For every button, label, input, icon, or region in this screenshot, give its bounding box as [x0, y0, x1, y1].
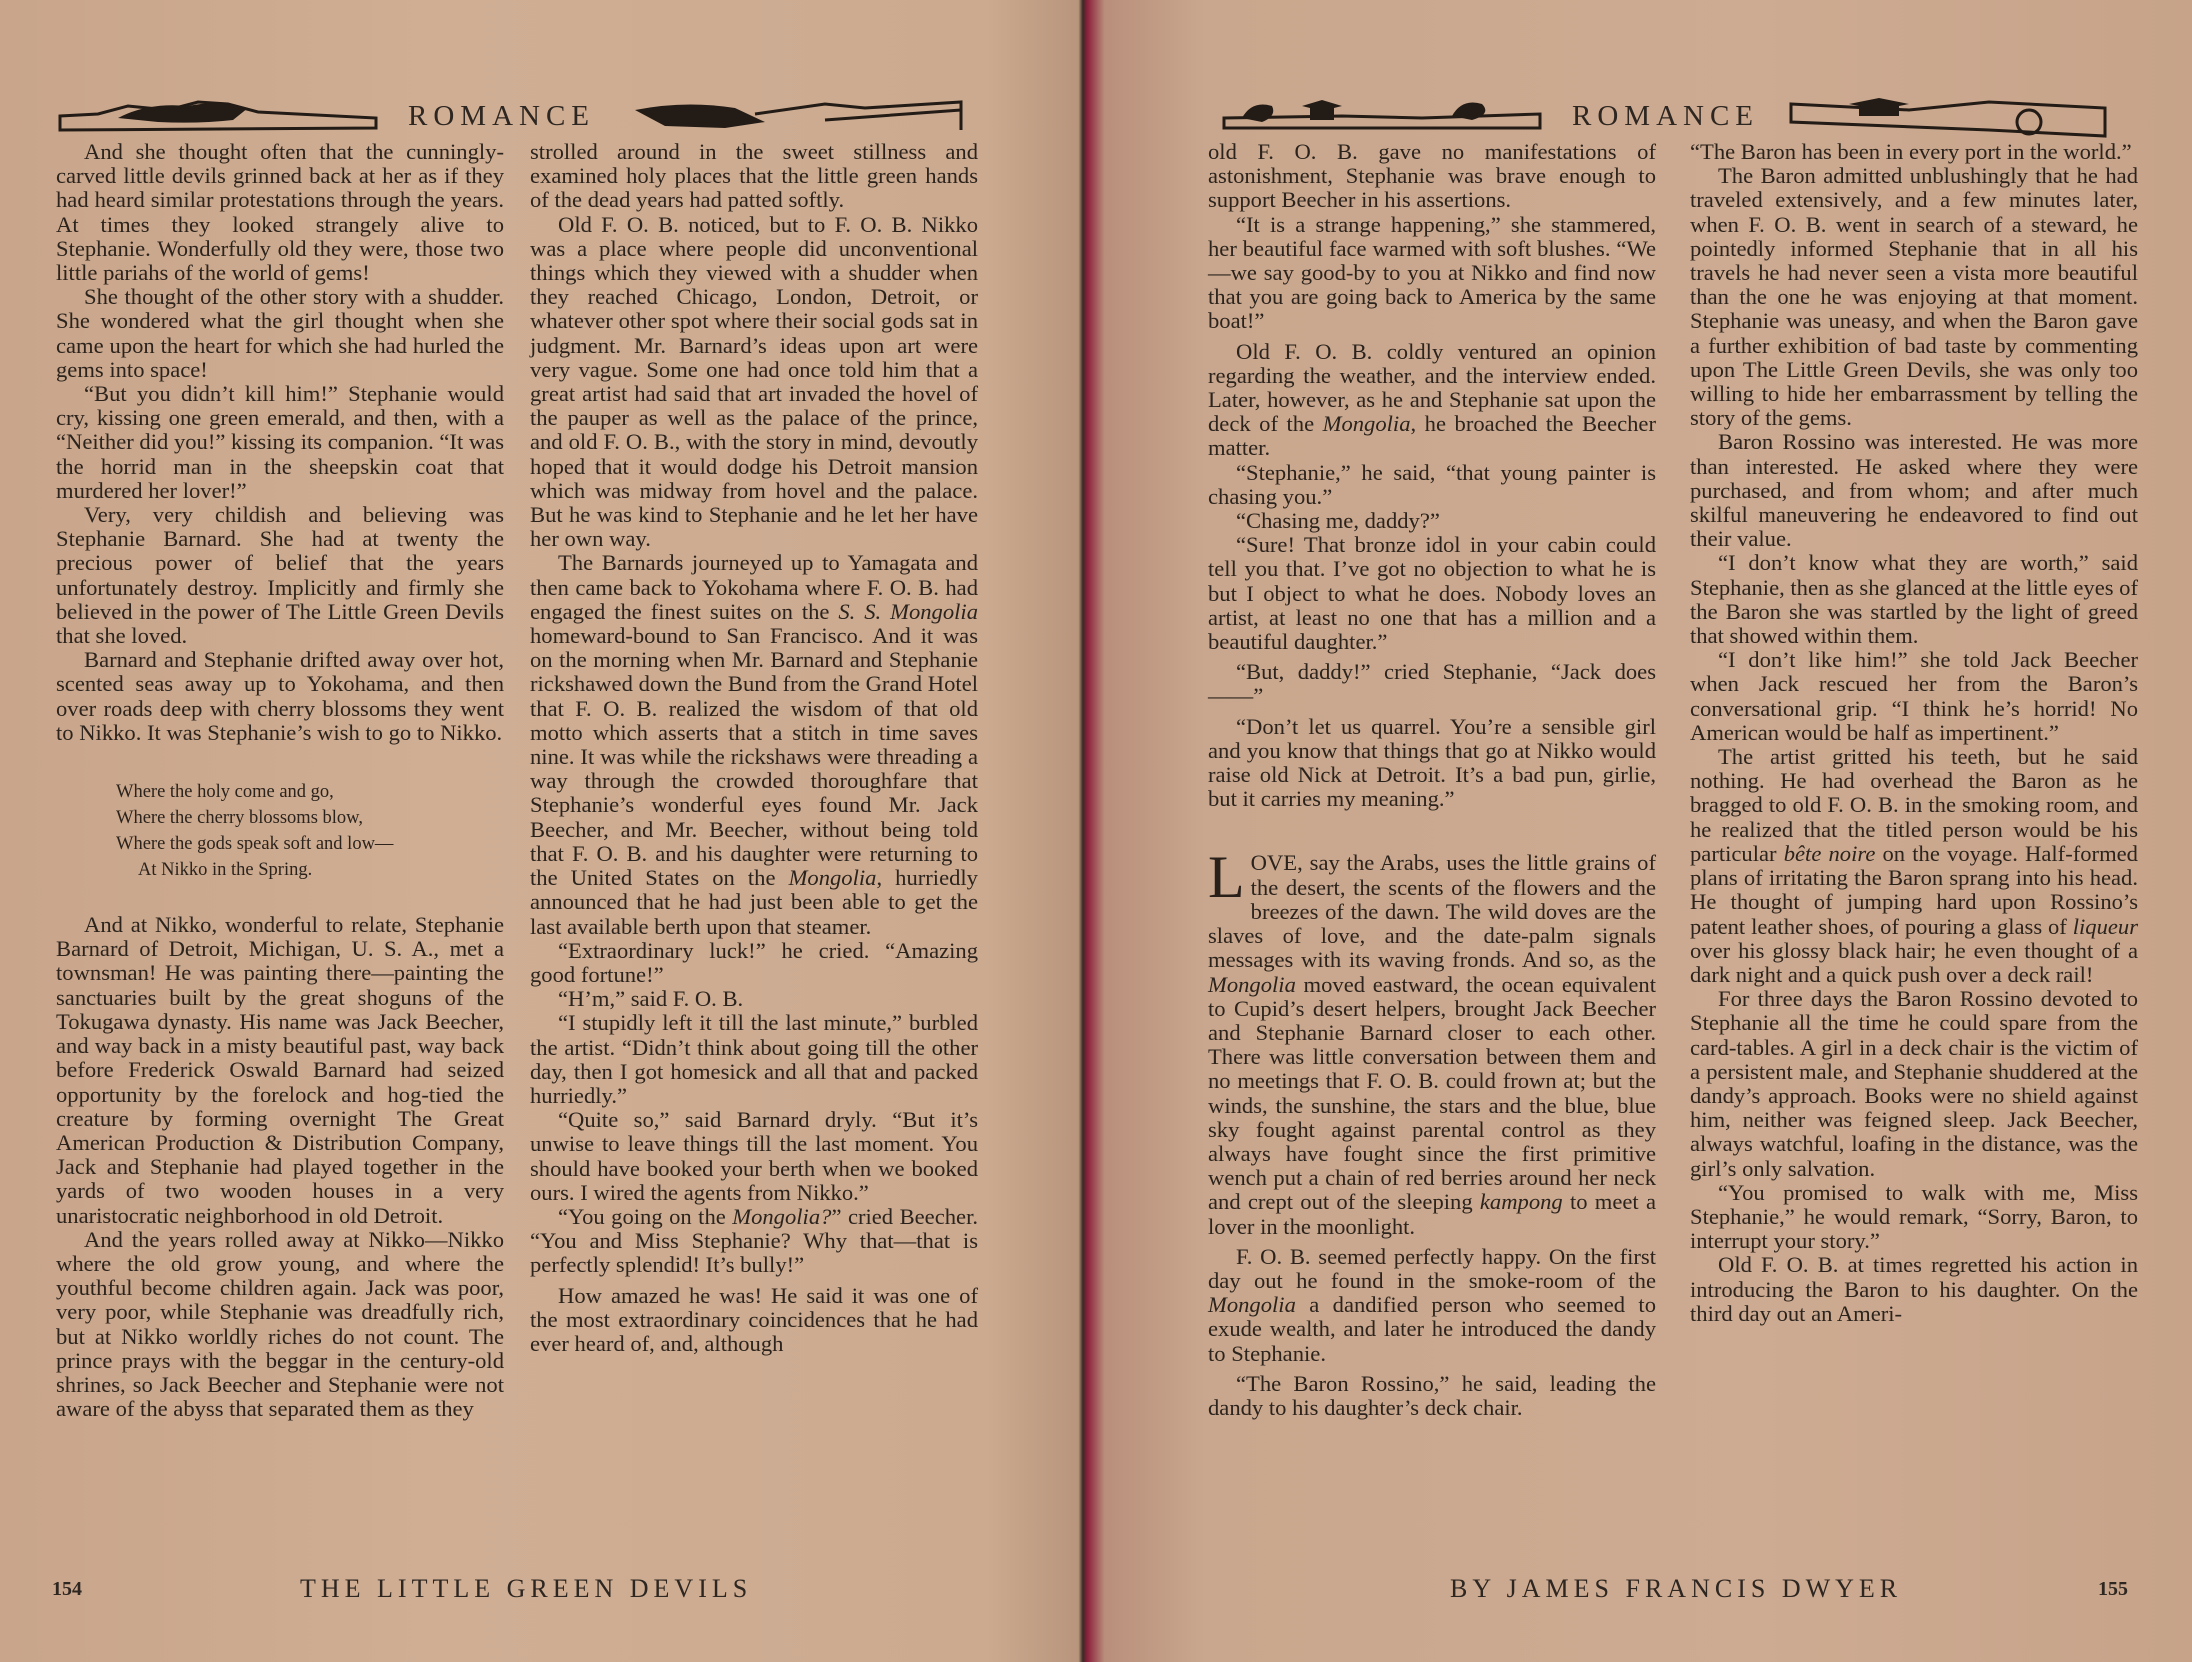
column-3: old F. O. B. gave no manifestations of a… — [1208, 140, 1656, 1420]
ship-name: Mongolia — [1208, 972, 1296, 997]
paragraph: F. O. B. seemed perfectly happy. On the … — [1208, 1245, 1656, 1366]
paragraph: The Baron admitted unblushingly that he … — [1690, 164, 2138, 430]
paragraph: Barnard and Stephanie drifted away over … — [56, 648, 504, 745]
text: homeward-bound to San Francisco. And it … — [530, 623, 978, 890]
paragraph: Baron Rossino was interested. He was mor… — [1690, 430, 2138, 551]
landscape-ornament-icon — [625, 96, 965, 136]
paragraph: “Chasing me, daddy?” — [1208, 509, 1656, 533]
paragraph: “The Baron has been in every port in the… — [1690, 140, 2138, 164]
left-page: ROMANCE And she thought often that the c… — [0, 0, 1080, 1662]
right-page: ROMANCE old F. O. B. gave no manifestati… — [1096, 0, 2192, 1662]
poem-line: Where the cherry blossoms blow, — [116, 805, 504, 831]
running-head: ROMANCE — [1572, 100, 1759, 133]
poem-line: Where the gods speak soft and low— — [116, 831, 504, 857]
paragraph: The Barnards journeyed up to Yamagata an… — [530, 551, 978, 938]
paragraph: “I don’t know what they are worth,” said… — [1690, 551, 2138, 648]
paragraph: “But you didn’t kill him!” Stephanie wou… — [56, 382, 504, 503]
paragraph: “Sure! That bronze idol in your cabin co… — [1208, 533, 1656, 654]
paragraph: “It is a strange happening,” she stammer… — [1208, 213, 1656, 334]
paragraph: “But, daddy!” cried Stephanie, “Jack doe… — [1208, 660, 1656, 708]
text: “You going on the — [558, 1204, 732, 1229]
paragraph: “Don’t let us quarrel. You’re a sensible… — [1208, 715, 1656, 812]
text: moved eastward, the ocean equivalent to … — [1208, 972, 1656, 1215]
paragraph: How amazed he was! He said it was one of… — [530, 1284, 978, 1357]
ship-name: Mongolia? — [732, 1204, 831, 1229]
rickshaw-landscape-ornament-icon — [1789, 96, 2109, 136]
paragraph: “I stupidly left it till the last minute… — [530, 1011, 978, 1108]
drop-cap: L — [1208, 853, 1245, 901]
text: F. O. B. seemed perfectly happy. On the … — [1208, 1244, 1656, 1293]
running-head: ROMANCE — [408, 100, 595, 133]
column-2: strolled around in the sweet stillness a… — [530, 140, 978, 1356]
paragraph: For three days the Baron Rossino devoted… — [1690, 987, 2138, 1181]
paragraph: “H’m,” said F. O. B. — [530, 987, 978, 1011]
paragraph: “You going on the Mongolia?” cried Beech… — [530, 1205, 978, 1278]
ship-name: Mongolia — [1323, 411, 1411, 436]
foreign-phrase: bête noire — [1784, 841, 1876, 866]
column-4: “The Baron has been in every port in the… — [1690, 140, 2138, 1326]
column-1: And she thought often that the cunningly… — [56, 140, 504, 1421]
paragraph: Very, very childish and believing was St… — [56, 503, 504, 648]
paragraph: The artist gritted his teeth, but he sai… — [1690, 745, 2138, 987]
poem-line: Where the holy come and go, — [116, 779, 504, 805]
paragraph: And the years rolled away at Nikko—Nikko… — [56, 1228, 504, 1422]
landscape-ornament-icon — [58, 96, 378, 136]
paragraph: old F. O. B. gave no manifestations of a… — [1208, 140, 1656, 213]
ship-name: Mongolia — [1208, 1292, 1296, 1317]
paragraph: And at Nikko, wonderful to relate, Steph… — [56, 913, 504, 1228]
paragraph: strolled around in the sweet stillness a… — [530, 140, 978, 213]
pagoda-landscape-ornament-icon — [1222, 96, 1542, 136]
ship-name: S. S. Mongolia — [838, 599, 978, 624]
foreign-word: kampong — [1480, 1189, 1563, 1214]
paragraph: Old F. O. B. coldly ventured an opinion … — [1208, 340, 1656, 461]
right-page-header: ROMANCE — [1222, 88, 2109, 144]
ship-name: Mongolia — [789, 865, 877, 890]
text: over his glossy black hair; he even thou… — [1690, 938, 2138, 987]
left-page-header: ROMANCE — [58, 88, 965, 144]
foreign-word: liqueur — [2073, 914, 2138, 939]
paragraph: “Quite so,” said Barnard dryly. “But it’… — [530, 1108, 978, 1205]
paragraph: “I don’t like him!” she told Jack Beeche… — [1690, 648, 2138, 745]
lead-word: OVE, — [1251, 850, 1303, 875]
page-number: 154 — [52, 1578, 82, 1601]
magazine-spread: ROMANCE And she thought often that the c… — [0, 0, 2192, 1662]
page-number: 155 — [2098, 1578, 2128, 1601]
poem: Where the holy come and go, Where the ch… — [116, 779, 504, 883]
paragraph: “You promised to walk with me, Miss Step… — [1690, 1181, 2138, 1254]
paragraph: “Stephanie,” he said, “that young painte… — [1208, 461, 1656, 509]
poem-line: At Nikko in the Spring. — [116, 857, 504, 883]
footer-author: BY JAMES FRANCIS DWYER — [1450, 1574, 1902, 1604]
paragraph: Old F. O. B. at times regretted his acti… — [1690, 1253, 2138, 1326]
paragraph: She thought of the other story with a sh… — [56, 285, 504, 382]
footer-title: THE LITTLE GREEN DEVILS — [300, 1574, 752, 1604]
paragraph: “Extraordinary luck!” he cried. “Amazing… — [530, 939, 978, 987]
paragraph: “The Baron Rossino,” he said, leading th… — [1208, 1372, 1656, 1420]
paragraph: Old F. O. B. noticed, but to F. O. B. Ni… — [530, 213, 978, 552]
paragraph: And she thought often that the cunningly… — [56, 140, 504, 285]
section-opening-paragraph: LOVE, say the Arabs, uses the little gra… — [1208, 851, 1656, 1238]
